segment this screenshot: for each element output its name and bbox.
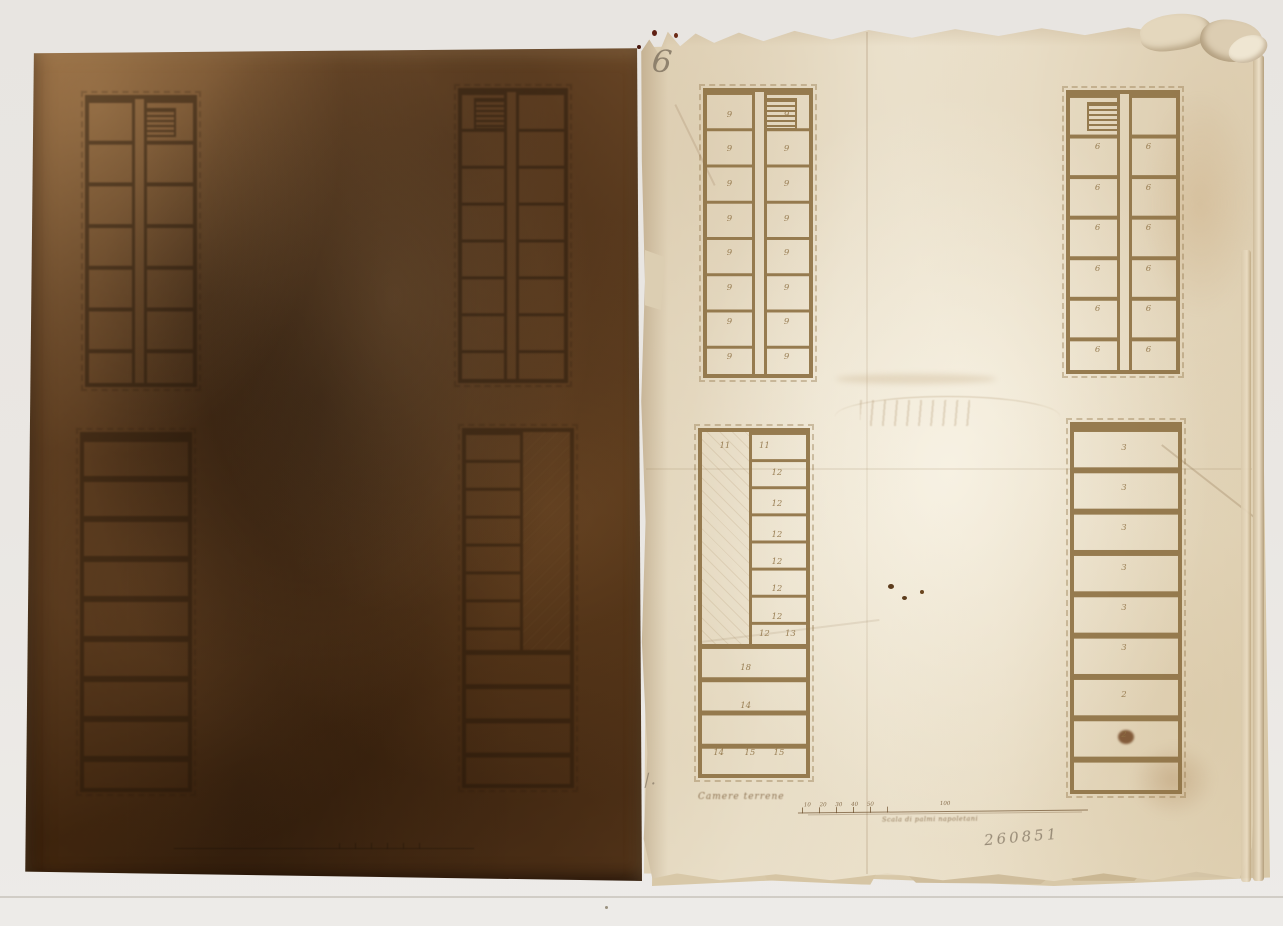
red-speck — [674, 33, 678, 38]
plate-sheen — [24, 44, 642, 886]
torn-edge-strip — [1241, 250, 1251, 882]
backdrop-seam — [0, 896, 1283, 898]
red-speck — [652, 30, 657, 36]
paper-crease — [674, 104, 715, 186]
sheet-left-shade — [640, 24, 668, 882]
plate-scale-bar — [174, 842, 474, 852]
ink-speck — [888, 584, 894, 589]
dust-speck — [605, 906, 608, 909]
plate-scale-ticks — [339, 843, 434, 849]
paper-stain — [1128, 740, 1218, 820]
copper-plate — [24, 44, 642, 886]
archival-photograph: 9999999999999999666666666666111112121212… — [0, 0, 1283, 926]
paper-crease — [701, 619, 880, 643]
paper-stain — [836, 374, 996, 384]
torn-edge-strip — [1253, 55, 1264, 881]
ink-speck — [920, 590, 924, 594]
ink-speck — [902, 596, 907, 600]
paper-print — [640, 24, 1258, 882]
ink-stain — [1118, 730, 1134, 744]
paper-crease — [646, 468, 1252, 470]
paper-crease — [866, 32, 868, 874]
red-speck — [637, 45, 641, 49]
